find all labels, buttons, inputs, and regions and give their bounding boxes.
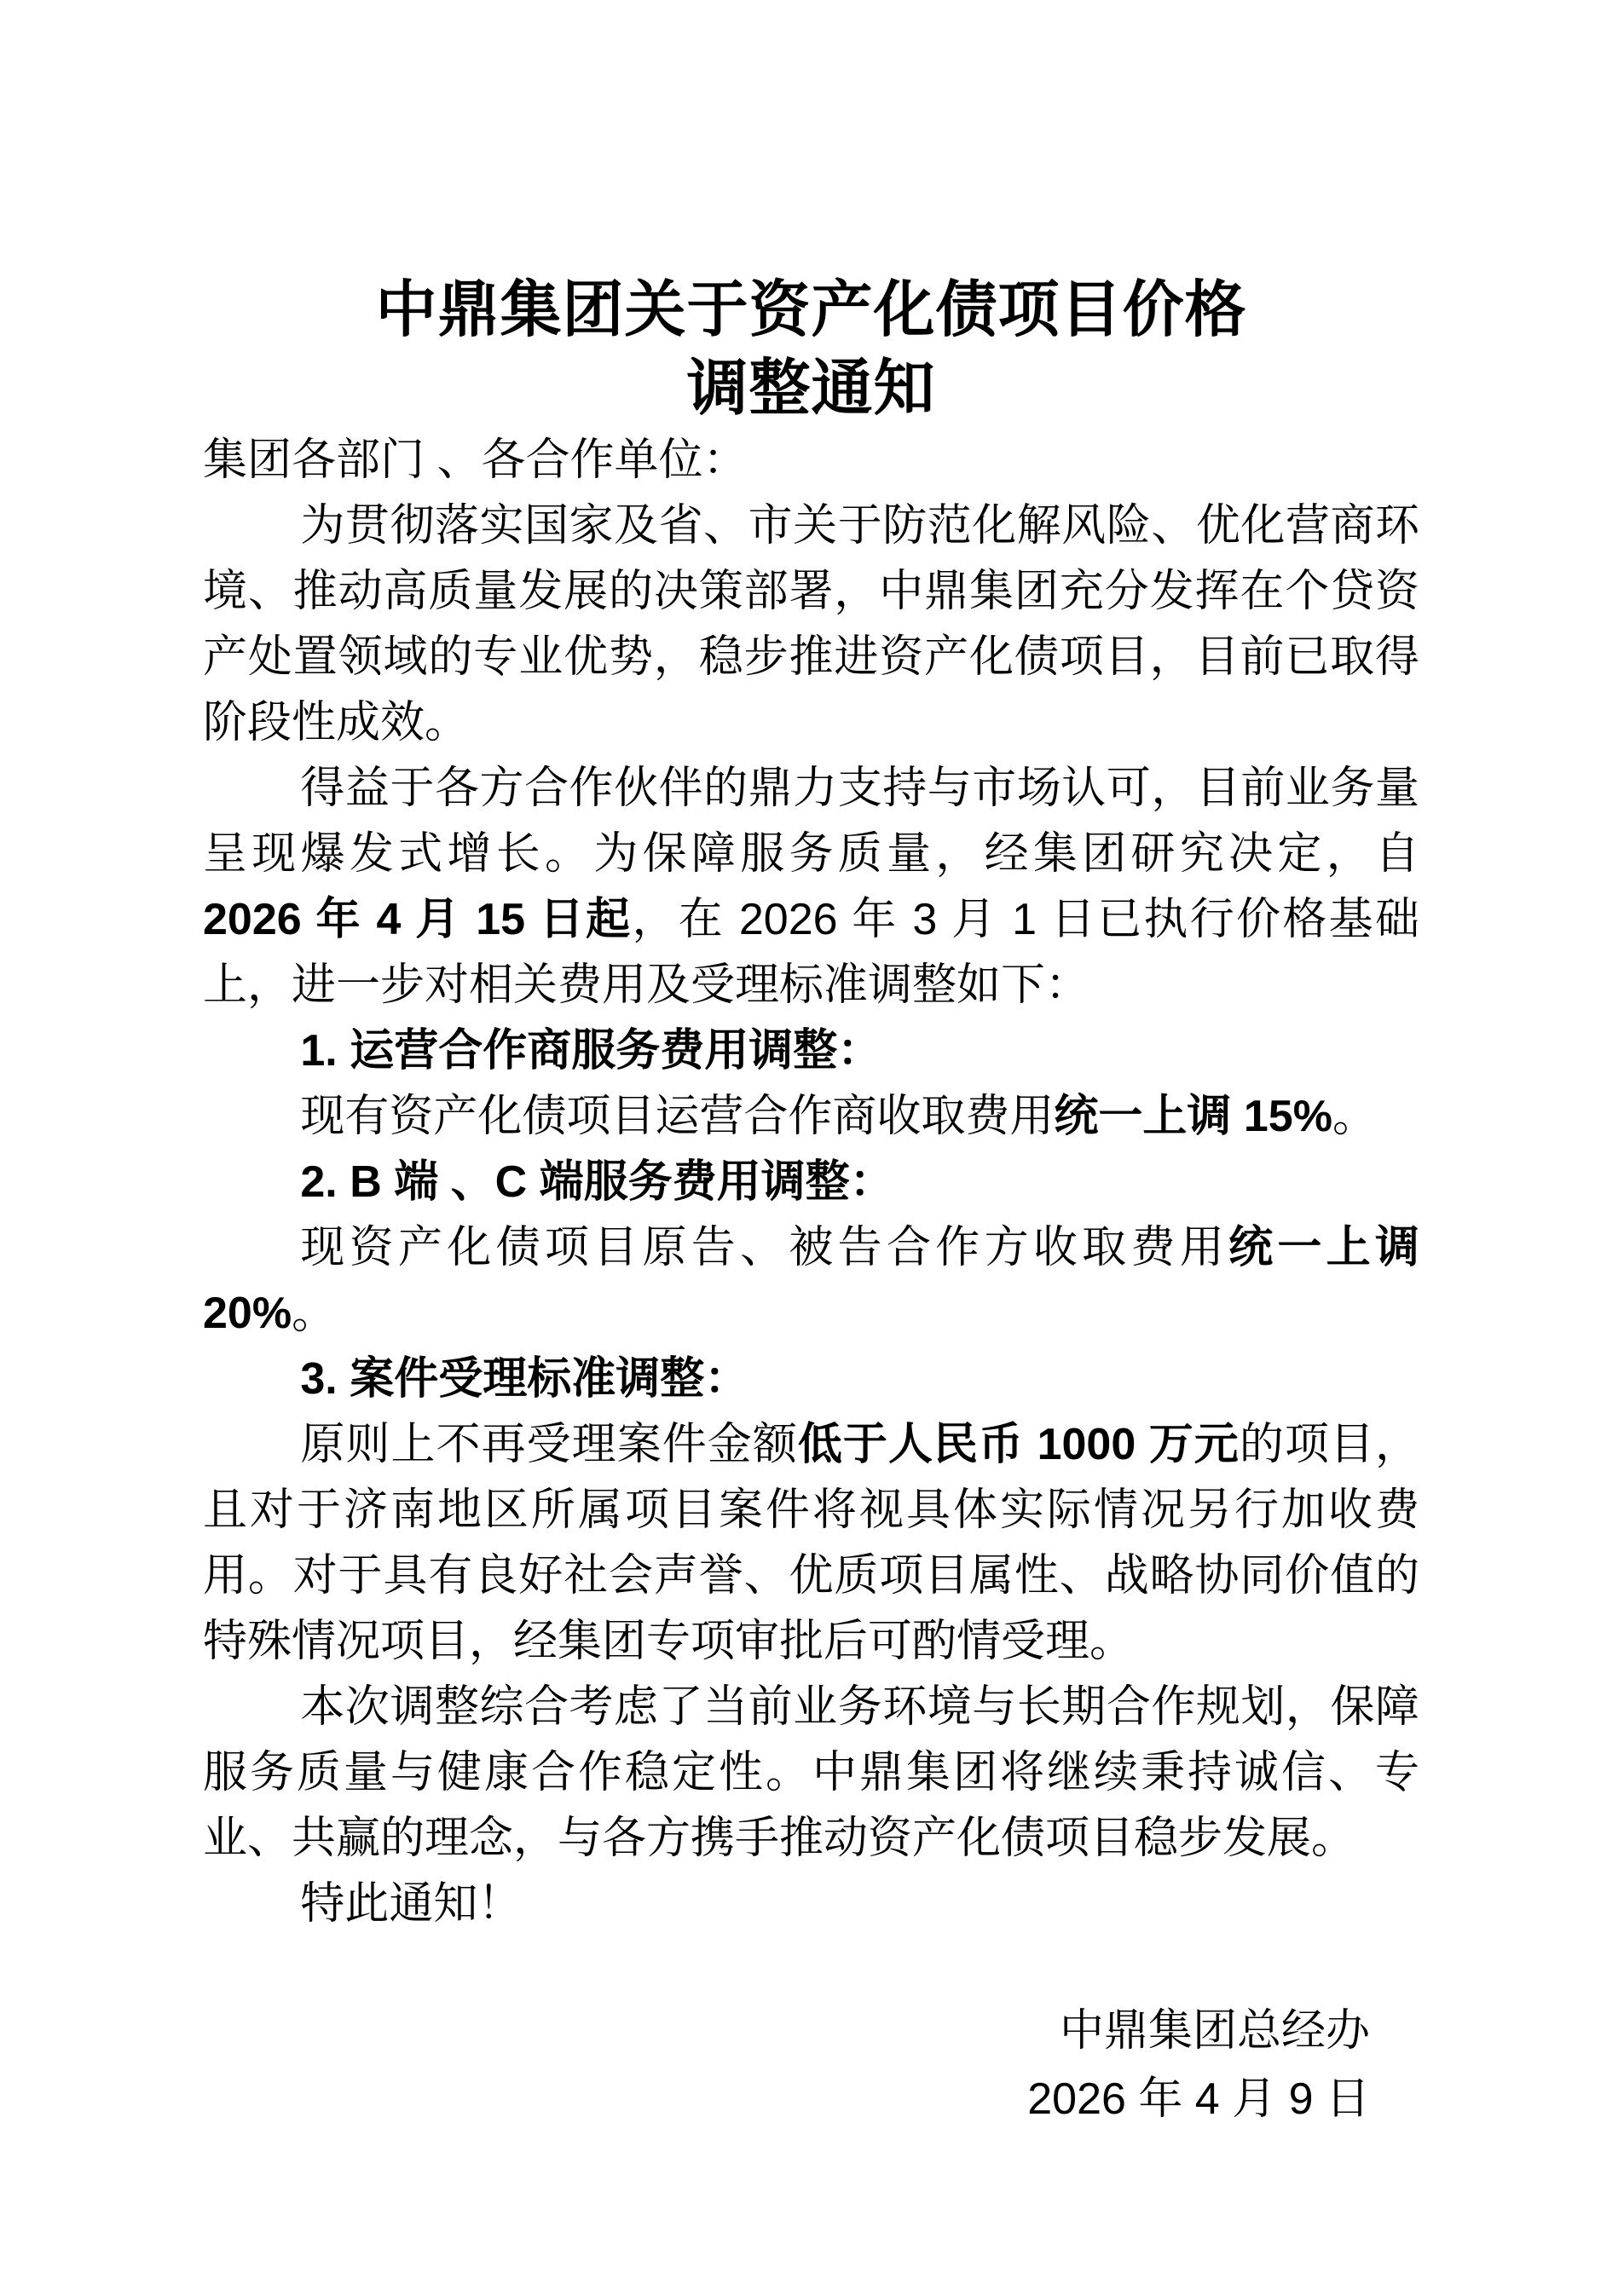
section-heading: 3. 案件受理标准调整： xyxy=(203,1347,1419,1412)
text-segment: 原则上不再受理案件金额 xyxy=(300,1420,797,1469)
signature-date: 2026 年 4 月 9 日 xyxy=(203,2065,1370,2133)
title-line-1: 中鼎集团关于资产化债项目价格 xyxy=(203,271,1419,349)
paragraph: 原则上不再受理案件金额低于人民币 1000 万元的项目，且对于济南地区所属项目案… xyxy=(203,1412,1419,1675)
paragraph: 特此通知！ xyxy=(203,1872,1419,1937)
emphasis-text: 统一上调 15% xyxy=(1054,1092,1332,1141)
text-segment: 现资产化债项目原告、被告合作方收取费用 xyxy=(300,1223,1228,1272)
paragraph: 本次调整综合考虑了当前业务环境与长期合作规划，保障服务质量与健康合作稳定性。中鼎… xyxy=(203,1675,1419,1872)
text-segment: 本次调整综合考虑了当前业务环境与长期合作规划，保障服务质量与健康合作稳定性。中鼎… xyxy=(203,1682,1419,1863)
signature-block: 中鼎集团总经办 2026 年 4 月 9 日 xyxy=(203,1997,1419,2133)
emphasis-text: 3. 案件受理标准调整： xyxy=(300,1354,748,1404)
text-segment: 得益于各方合作伙伴的鼎力支持与市场认可，目前业务量呈现爆发式增长。为保障服务质量… xyxy=(203,764,1419,879)
section-heading: 1. 运营合作商服务费用调整： xyxy=(203,1018,1419,1084)
text-segment: 集团各部门 、各合作单位： xyxy=(203,436,747,485)
text-segment: 为贯彻落实国家及省、市关于防范化解风险、优化营商环境、推动高质量发展的决策部署，… xyxy=(203,501,1419,747)
section-heading: 2. B 端 、C 端服务费用调整： xyxy=(203,1150,1419,1215)
emphasis-text: 低于人民币 1000 万元 xyxy=(798,1420,1240,1469)
text-segment: 特此通知！ xyxy=(300,1879,522,1929)
paragraph: 现资产化债项目原告、被告合作方收取费用统一上调 20%。 xyxy=(203,1215,1419,1347)
title-line-2: 调整通知 xyxy=(203,349,1419,428)
document-page: 中鼎集团关于资产化债项目价格 调整通知 集团各部门 、各合作单位：为贯彻落实国家… xyxy=(0,0,1624,2296)
text-segment: 现有资产化债项目运营合作商收取费用 xyxy=(300,1092,1054,1141)
document-title: 中鼎集团关于资产化债项目价格 调整通知 xyxy=(203,271,1419,428)
text-segment: 。 xyxy=(292,1289,336,1338)
emphasis-text: 2026 年 4 月 15 日起 xyxy=(203,895,632,944)
paragraph: 现有资产化债项目运营合作商收取费用统一上调 15%。 xyxy=(203,1084,1419,1150)
signature-organization: 中鼎集团总经办 xyxy=(203,1997,1370,2065)
emphasis-text: 1. 运营合作商服务费用调整： xyxy=(300,1026,881,1076)
text-segment: 。 xyxy=(1332,1092,1377,1141)
paragraph: 为贯彻落实国家及省、市关于防范化解风险、优化营商环境、推动高质量发展的决策部署，… xyxy=(203,493,1419,756)
salutation: 集团各部门 、各合作单位： xyxy=(203,428,1419,493)
emphasis-text: 2. B 端 、C 端服务费用调整： xyxy=(300,1157,893,1207)
paragraph: 得益于各方合作伙伴的鼎力支持与市场认可，目前业务量呈现爆发式增长。为保障服务质量… xyxy=(203,756,1419,1018)
document-body: 集团各部门 、各合作单位：为贯彻落实国家及省、市关于防范化解风险、优化营商环境、… xyxy=(203,428,1419,1937)
